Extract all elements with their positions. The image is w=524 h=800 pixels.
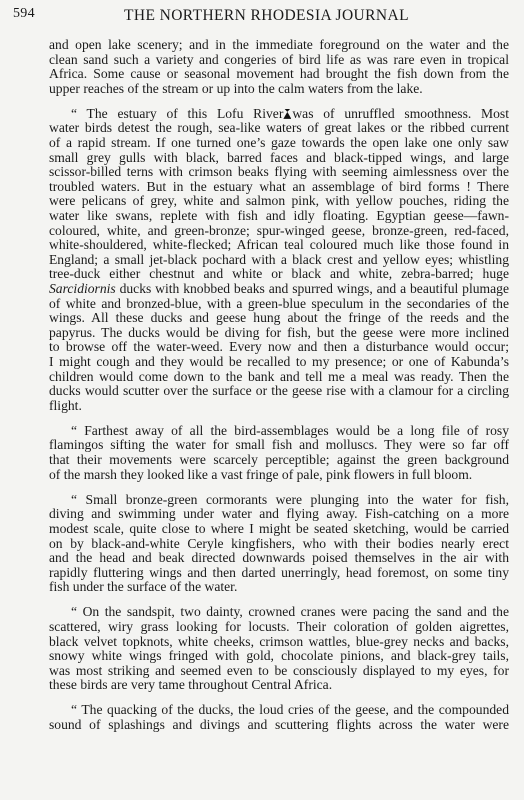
text-line: scissor-billed terns with crimson beaks … [49,165,509,180]
text-line: upper reaches of the stream or up into t… [49,82,509,97]
text-line: I might cough and they would be recalled… [49,355,509,370]
scan-artifact-mark [283,109,291,119]
text-line: diving and swimming under water and flyi… [49,507,509,522]
text-line: modest scale, quite close to where I mig… [49,522,509,537]
paragraph: “ On the sandspit, two dainty, crowned c… [49,605,509,693]
text-line: black velvet topknots, white cheeks, cri… [49,635,509,650]
text-line: of white and bronzed-blue, with a green-… [49,297,509,312]
text-line: that their movements were scarcely perce… [49,453,509,468]
text-fragment: ducks with knobbed beaks and spurred win… [116,281,509,296]
text-line: Sarcidiornis ducks with knobbed beaks an… [49,282,509,297]
text-line: on by black-and-white Ceryle kingfishers… [49,537,509,552]
text-line: flamingos sifting the water for small fi… [49,438,509,453]
text-line: wings. All these ducks and geese hung ab… [49,311,509,326]
text-line: to browse off the water-weed. Every now … [49,340,509,355]
text-line: water birds detest the rough, sea-like w… [49,121,509,136]
text-line: “ On the sandspit, two dainty, crowned c… [49,605,509,620]
text-line: children would come down to the bank and… [49,370,509,385]
text-line: “ Small bronze-green cormorants were plu… [49,493,509,508]
text-line: ducks would scutter over the surface or … [49,384,509,399]
text-line: tree-duck either chestnut and white or b… [49,267,509,282]
document-page: 594 THE NORTHERN RHODESIA JOURNAL and op… [0,0,524,800]
text-line: “ The quacking of the ducks, the loud cr… [49,703,509,718]
text-line: and the head and beak directed downwards… [49,551,509,566]
text-fragment: was of unruffled smoothness. Most [292,106,509,121]
text-line: papyrus. The ducks would be diving for f… [49,326,509,341]
text-line: Africa. Some cause or seasonal movement … [49,67,509,82]
paragraph: and open lake scenery; and in the immedi… [49,38,509,96]
text-line: scattered, wiry grass looking for locust… [49,620,509,635]
text-line: troubled waters. But in the estuary what… [49,180,509,195]
text-line: and open lake scenery; and in the immedi… [49,38,509,53]
text-line: small grey gulls with black, barred face… [49,151,509,166]
text-line: of the marsh they looked like a vast fri… [49,468,509,483]
text-line: water like swans, replete with fish and … [49,209,509,224]
text-line: these birds are very tame throughout Cen… [49,678,509,693]
text-line: of a rapid stream. If one turned one’s g… [49,136,509,151]
paragraph: “ The quacking of the ducks, the loud cr… [49,703,509,732]
text-line: snowy white wings fringed with gold, cho… [49,649,509,664]
text-line: England; a small jet-black pochard with … [49,253,509,268]
text-line: “ Farthest away of all the bird-assembla… [49,424,509,439]
text-line: fish under the surface of the water. [49,580,509,595]
text-line: flight. [49,399,509,414]
text-line: clean sand such a variety and congeries … [49,53,509,68]
text-line: were pelicans of grey, white and salmon … [49,194,509,209]
paragraph: “ Farthest away of all the bird-assembla… [49,424,509,482]
page-header: 594 THE NORTHERN RHODESIA JOURNAL [0,4,524,26]
text-line: was most striking and seemed even to be … [49,664,509,679]
text-line: sound of splashings and divings and scut… [49,718,509,733]
paragraph: “ The estuary of this Lofu Riverwas of u… [49,107,509,413]
italic-species-name: Sarcidiornis [49,281,116,296]
paragraph: “ Small bronze-green cormorants were plu… [49,493,509,595]
page-number: 594 [13,6,35,22]
text-line: white-shouldered, white-flecked; African… [49,238,509,253]
text-line: rapidly fluttering wings and then darted… [49,566,509,581]
text-line: coloured, white, and green-bronze; spur-… [49,224,509,239]
body-text: and open lake scenery; and in the immedi… [49,38,509,743]
running-head: THE NORTHERN RHODESIA JOURNAL [124,7,409,25]
text-fragment: “ The estuary of this Lofu River [71,106,283,121]
text-line: “ The estuary of this Lofu Riverwas of u… [49,107,509,122]
